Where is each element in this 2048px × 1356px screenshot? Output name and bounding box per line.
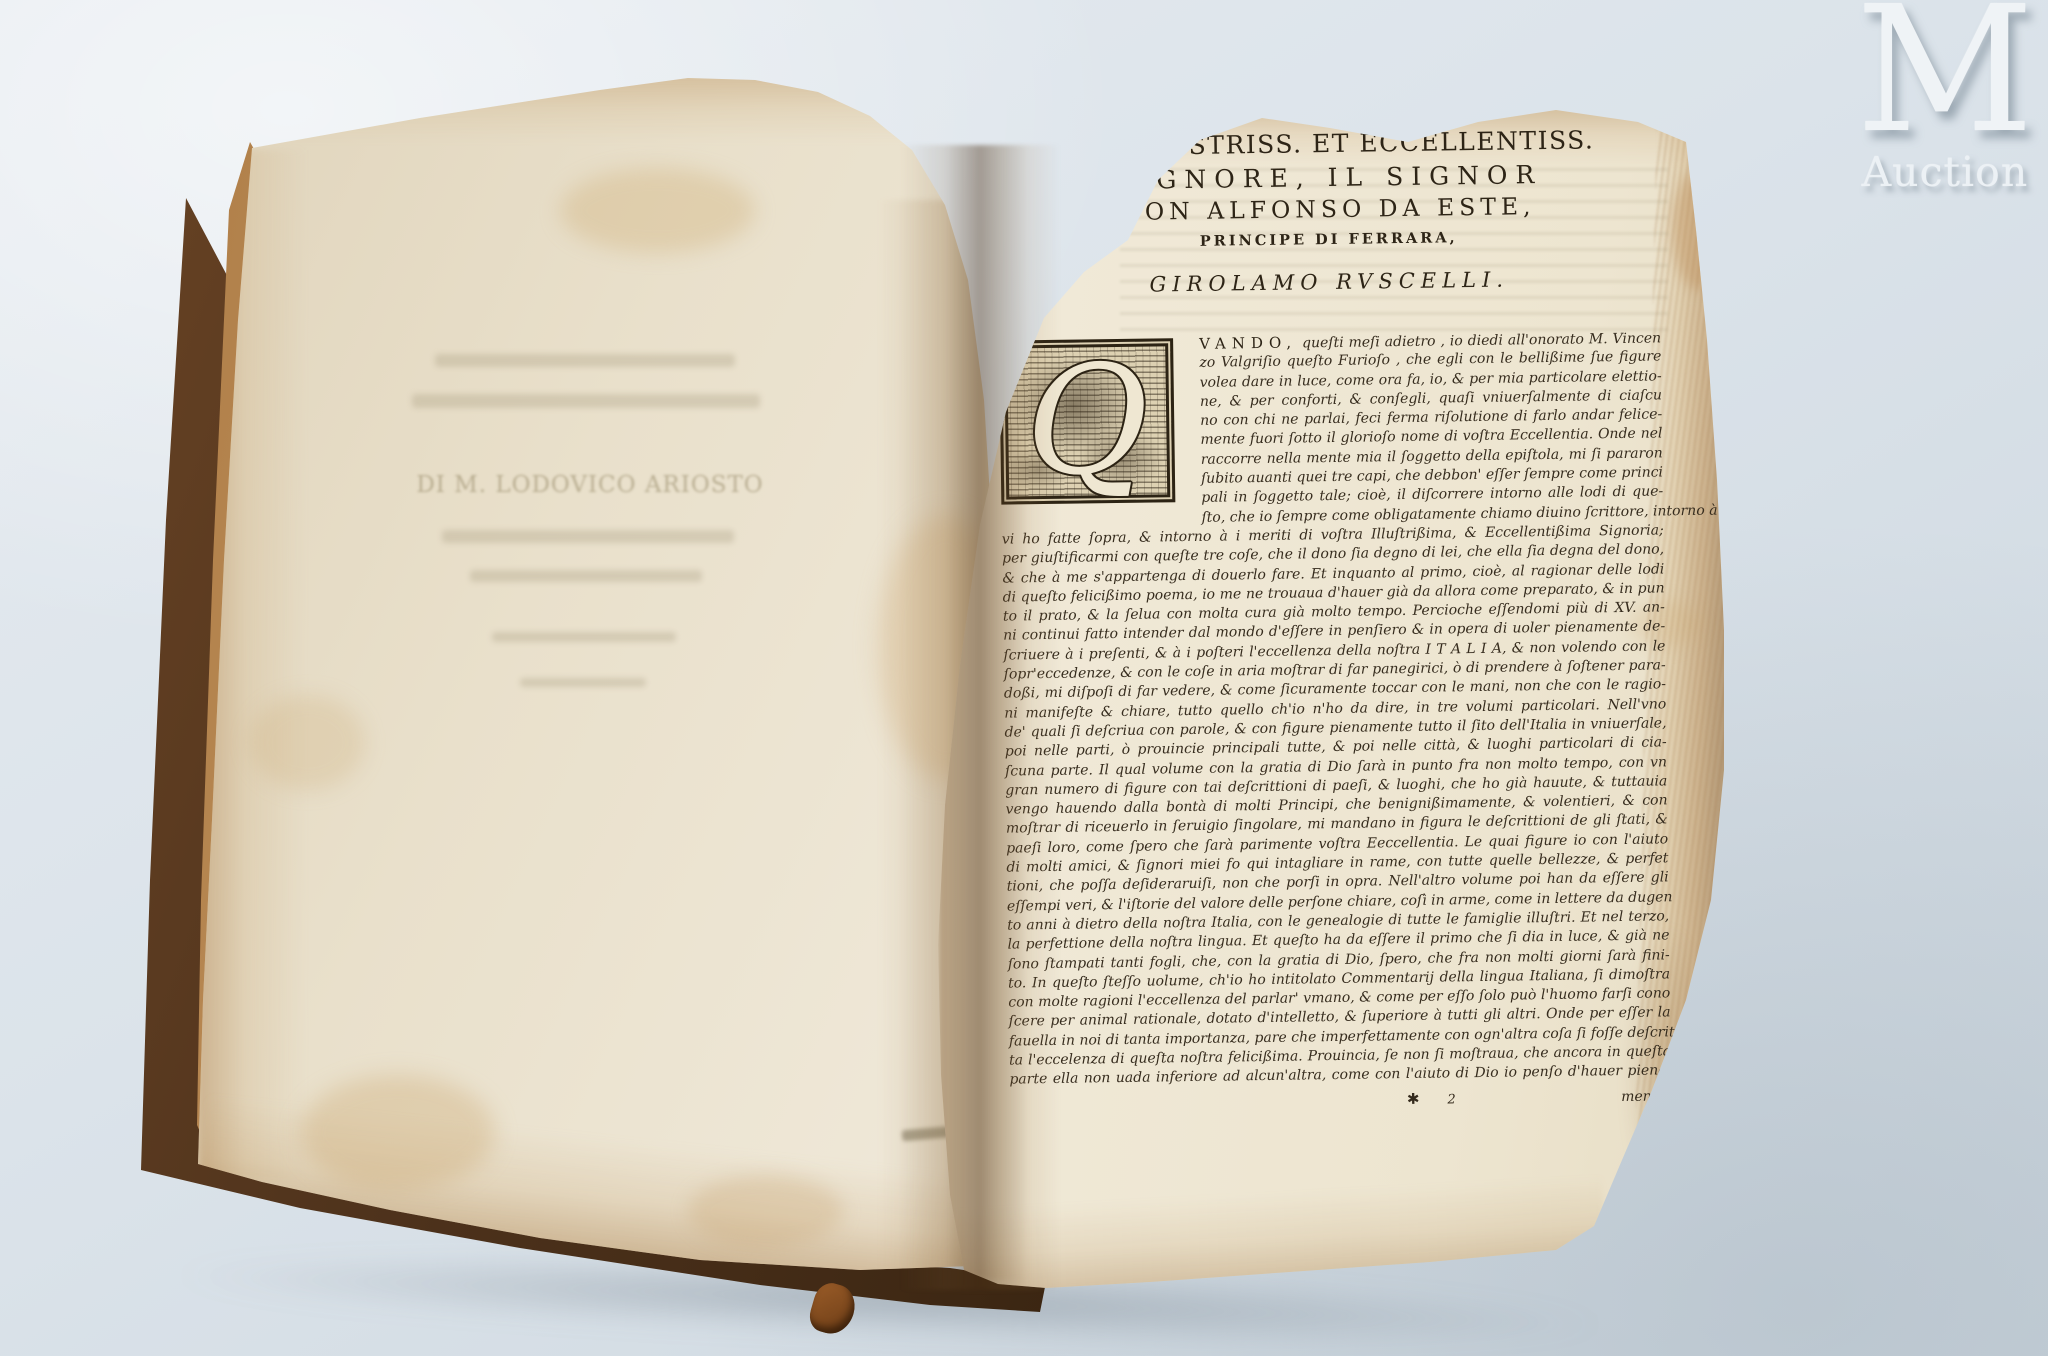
center-gutter-shadow [900,145,1060,1290]
dedication-text-block: ALL'ILLVSTRISS. ET ECCELLENTISS. SIGNORE… [996,123,1672,1115]
signature-number: 2 [1447,1090,1456,1109]
foxing-specks [0,0,3,3]
signature-star-mark: ✱ [1407,1089,1420,1108]
auction-logo-m-icon: M [1856,0,2034,158]
stain [688,1175,843,1247]
show-through-line-bar [442,530,734,543]
stain [560,168,755,253]
show-through-line-bar [492,632,676,642]
show-through-line-bar [412,394,760,408]
opening-word: VANDO, [1199,333,1297,352]
stain [250,695,365,790]
auction-house-watermark: M Auction [1856,0,2034,196]
show-through-line-bar [520,678,646,687]
dedication-author-line: GIROLAMO RVSCELLI. [998,263,1660,300]
stain [300,1075,495,1190]
show-through-line-bar [435,354,735,367]
dedication-body: Q VANDO, queſti meſi adietro , io diedi … [999,328,1672,1115]
auction-photo-of-antique-book: { "watermark": { "letter": "M", "name": … [0,0,2048,1356]
auction-logo-name: Auction [1856,148,2034,196]
show-through-line-bar [470,570,702,582]
signature-and-catchword-row: ✱ 2 mente [1010,1086,1672,1116]
show-through-title-line: DI M. LODOVICO ARIOSTO [320,472,860,498]
